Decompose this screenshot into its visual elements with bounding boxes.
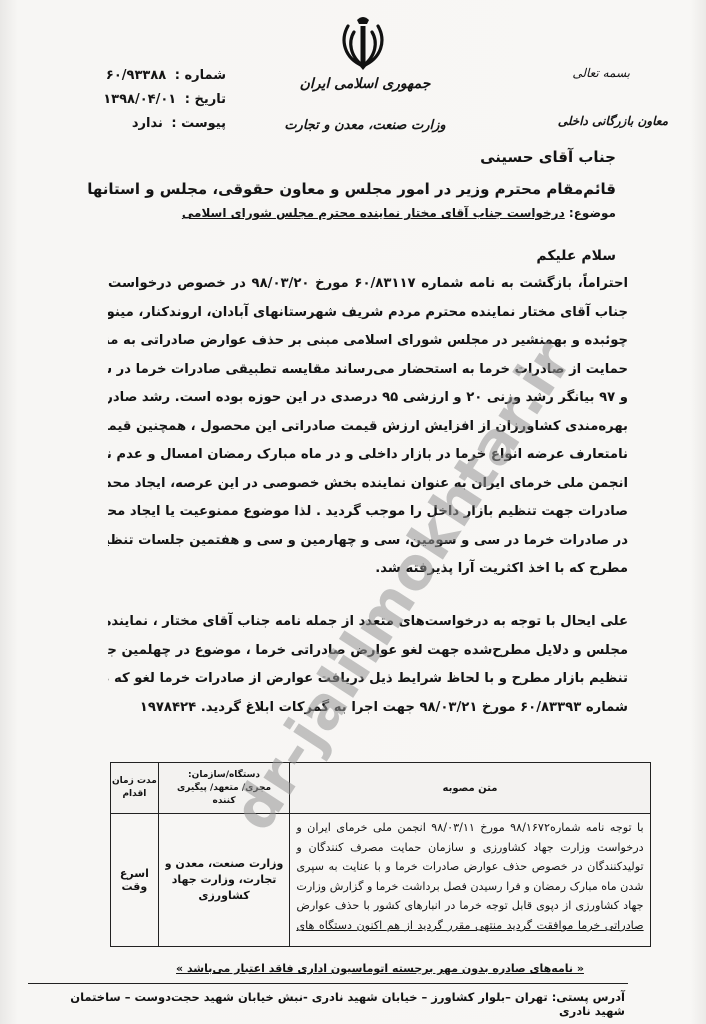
header-action-time: مدت زمان اقدام [111, 763, 159, 814]
organization-cell: وزارت صنعت، معدن و تجارت، وزارت جهاد کشا… [158, 814, 290, 947]
paragraph-line: جناب آقای مختار نماینده محترم مردم شریف … [108, 299, 628, 328]
iran-emblem-icon [334, 12, 392, 72]
letter-subject: موضوع: درخواست جناب آقای مختار نماینده م… [56, 206, 616, 220]
paragraph-line: احتراماً، بازگشت به نامه شماره ۶۰/۸۳۱۱۷ … [108, 270, 628, 299]
ministry-title: وزارت صنعت، معدن و تجارت [250, 118, 480, 133]
postal-address: آدرس پستی: تهران –بلوار کشاورز – خیابان … [60, 990, 625, 1018]
paragraph-line: علی ایحال با توجه به درخواست‌های متعدد ا… [108, 608, 628, 637]
body-paragraph-1: احتراماً، بازگشت به نامه شماره ۶۰/۸۳۱۱۷ … [108, 270, 628, 584]
paragraph-line: حمایت از صادرات خرما به استحضار می‌رساند… [108, 356, 628, 385]
action-time-cell: اسرع وقت [111, 814, 159, 947]
paragraph-line: مطرح که با اخذ اکثریت آرا پذیرفته شد. [108, 555, 628, 584]
letter-attachment: پیوست : ندارد [66, 112, 226, 136]
letter-attachment-value: ندارد [132, 116, 163, 131]
footer-divider [28, 983, 628, 984]
header-resolution-text: متن مصوبه [290, 763, 650, 814]
letter-attachment-label: پیوست : [171, 116, 226, 131]
resolution-text-cell: با توجه نامه شماره۹۸/۱۶۷۲ مورخ ۹۸/۰۳/۱۱ … [290, 814, 650, 947]
paragraph-line: شماره ۶۰/۸۳۳۹۳ مورخ ۹۸/۰۳/۲۱ جهت اجرا به… [108, 694, 628, 723]
letter-number: شماره : ۶۰/۹۳۳۸۸ [66, 64, 226, 88]
body-paragraph-2: علی ایحال با توجه به درخواست‌های متعدد ا… [108, 608, 628, 722]
resolution-table: متن مصوبه دستگاه/سازمان: مجری/ متعهد/ پی… [110, 762, 651, 947]
addressee-title: قائم‌مقام محترم وزیر در امور مجلس و معاو… [56, 180, 616, 198]
addressee-name: جناب آقای حسینی [56, 148, 616, 166]
subject-label: موضوع: [569, 206, 616, 220]
greeting: سلام علیکم [536, 248, 616, 264]
letter-number-value: ۶۰/۹۳۳۸۸ [106, 68, 166, 83]
validity-note: « نامه‌های صادره بدون مهر برجسته اتوماسی… [160, 962, 600, 975]
republic-title: جمهوری اسلامی ایران [250, 76, 480, 92]
paragraph-line: چوئبده و بهمنشیر در مجلس شورای اسلامی مب… [108, 327, 628, 356]
paragraph-line: انجمن ملی خرمای ایران به عنوان نماینده ب… [108, 470, 628, 499]
paragraph-line: در صادرات خرما در سی و سومین، سی و چهارم… [108, 527, 628, 556]
table-header-row: متن مصوبه دستگاه/سازمان: مجری/ متعهد/ پی… [111, 763, 651, 814]
letter-page: جمهوری اسلامی ایران وزارت صنعت، معدن و ت… [0, 0, 706, 1024]
letter-number-label: شماره : [175, 68, 226, 83]
paragraph-line: بهره‌مندی کشاورزان از افزایش ارزش قیمت ص… [108, 413, 628, 442]
paragraph-line: صادرات جهت تنظیم بازار داخل را موجب گردی… [108, 498, 628, 527]
paragraph-line: تنظیم بازار مطرح و با لحاظ شرایط ذیل دری… [108, 665, 628, 694]
letter-date: تاریخ : ۱۳۹۸/۰۴/۰۱ [66, 88, 226, 112]
bismillah-heading: بسمه تعالی [480, 66, 630, 80]
table-row: با توجه نامه شماره۹۸/۱۶۷۲ مورخ ۹۸/۰۳/۱۱ … [111, 814, 651, 947]
letter-date-value: ۱۳۹۸/۰۴/۰۱ [103, 92, 176, 107]
subject-text: درخواست جناب آقای مختار نماینده محترم مج… [182, 206, 565, 220]
header-organization: دستگاه/سازمان: مجری/ متعهد/ پیگیری کننده [158, 763, 290, 814]
letter-date-label: تاریخ : [185, 92, 226, 107]
letter-meta: شماره : ۶۰/۹۳۳۸۸ تاریخ : ۱۳۹۸/۰۴/۰۱ پیوس… [66, 64, 226, 136]
paragraph-line: مجلس و دلایل مطرح‌شده جهت لغو عوارض صادر… [108, 637, 628, 666]
paragraph-line: نامتعارف عرضه انواع خرما در بازار داخلی … [108, 441, 628, 470]
deputy-title: معاون بازرگانی داخلی [518, 114, 668, 128]
paragraph-line: و ۹۷ بیانگر رشد وزنی ۲۰ و ارزشی ۹۵ درصدی… [108, 384, 628, 413]
validity-note-text: « نامه‌های صادره بدون مهر برجسته اتوماسی… [176, 962, 584, 975]
